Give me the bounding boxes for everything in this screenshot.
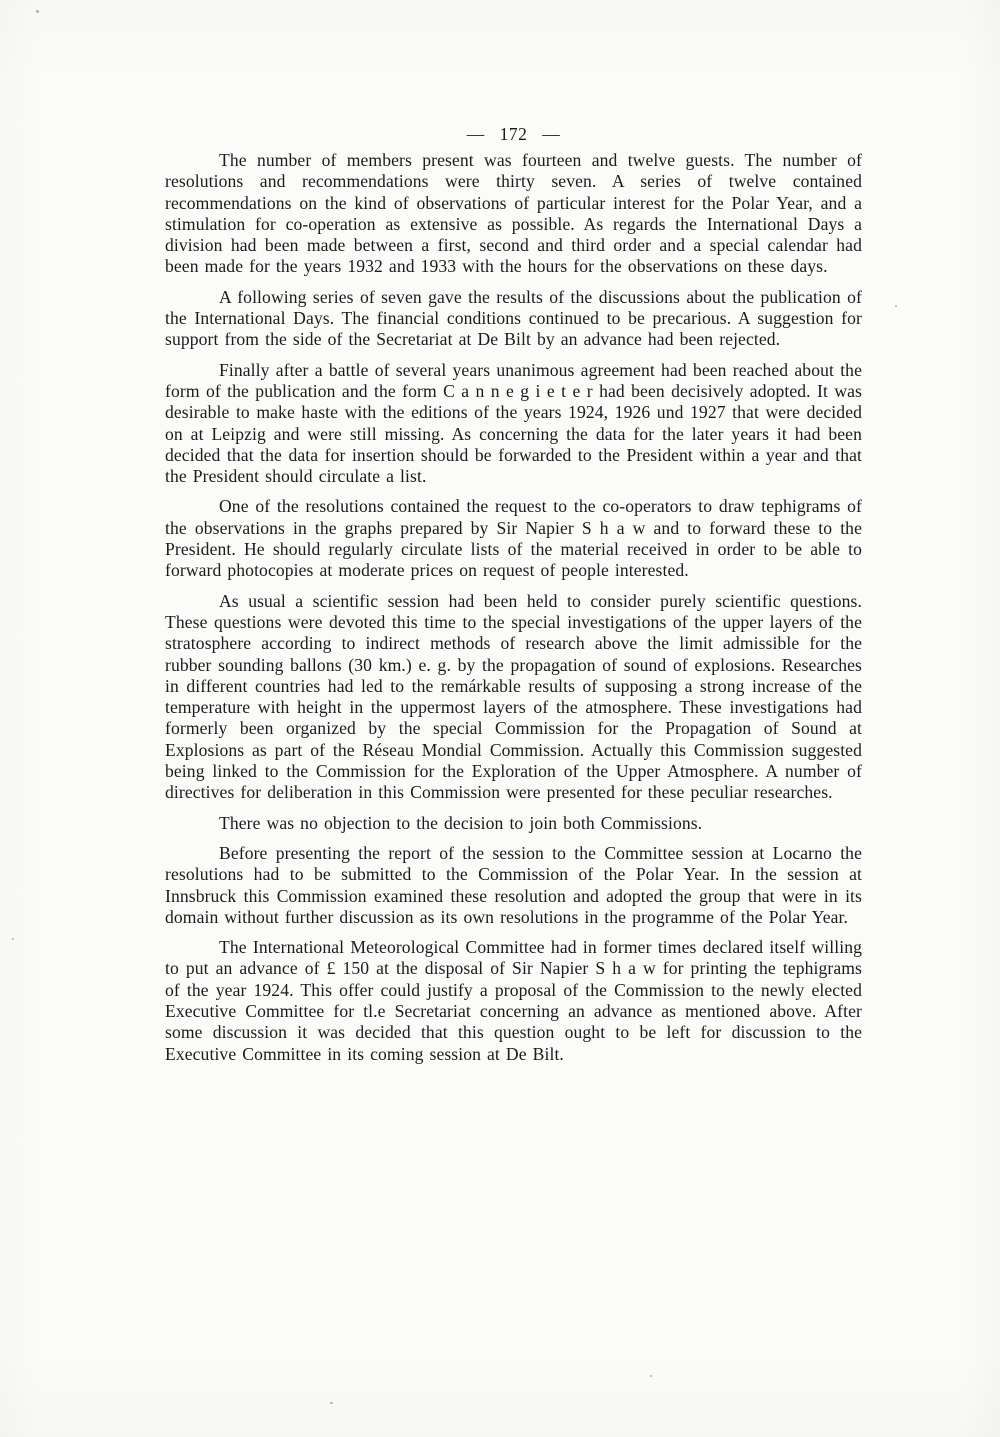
page-number: — 172 —: [165, 124, 862, 145]
paragraph-scientific-session: As usual a scientific session had been h…: [165, 591, 862, 804]
scan-speck: [895, 305, 897, 307]
document-page: — 172 — The number of members present wa…: [0, 0, 1000, 1437]
paragraph-following-series: A following series of seven gave the res…: [165, 287, 862, 351]
paragraph-tephigrams-request: One of the resolutions contained the req…: [165, 496, 862, 581]
text-block: The number of members present was fourte…: [165, 150, 862, 1074]
scan-speck: [12, 938, 14, 940]
paragraph-members-present: The number of members present was fourte…: [165, 150, 862, 278]
paragraph-finally-agreement: Finally after a battle of several years …: [165, 360, 862, 488]
paragraph-locarno-resolutions: Before presenting the report of the sess…: [165, 843, 862, 928]
scan-speck: [36, 10, 39, 13]
scan-speck: [650, 1375, 652, 1377]
paragraph-imc-advance: The International Meteorological Committ…: [165, 937, 862, 1065]
scan-speck: [330, 1402, 333, 1404]
paragraph-no-objection: There was no objection to the decision t…: [165, 813, 862, 834]
